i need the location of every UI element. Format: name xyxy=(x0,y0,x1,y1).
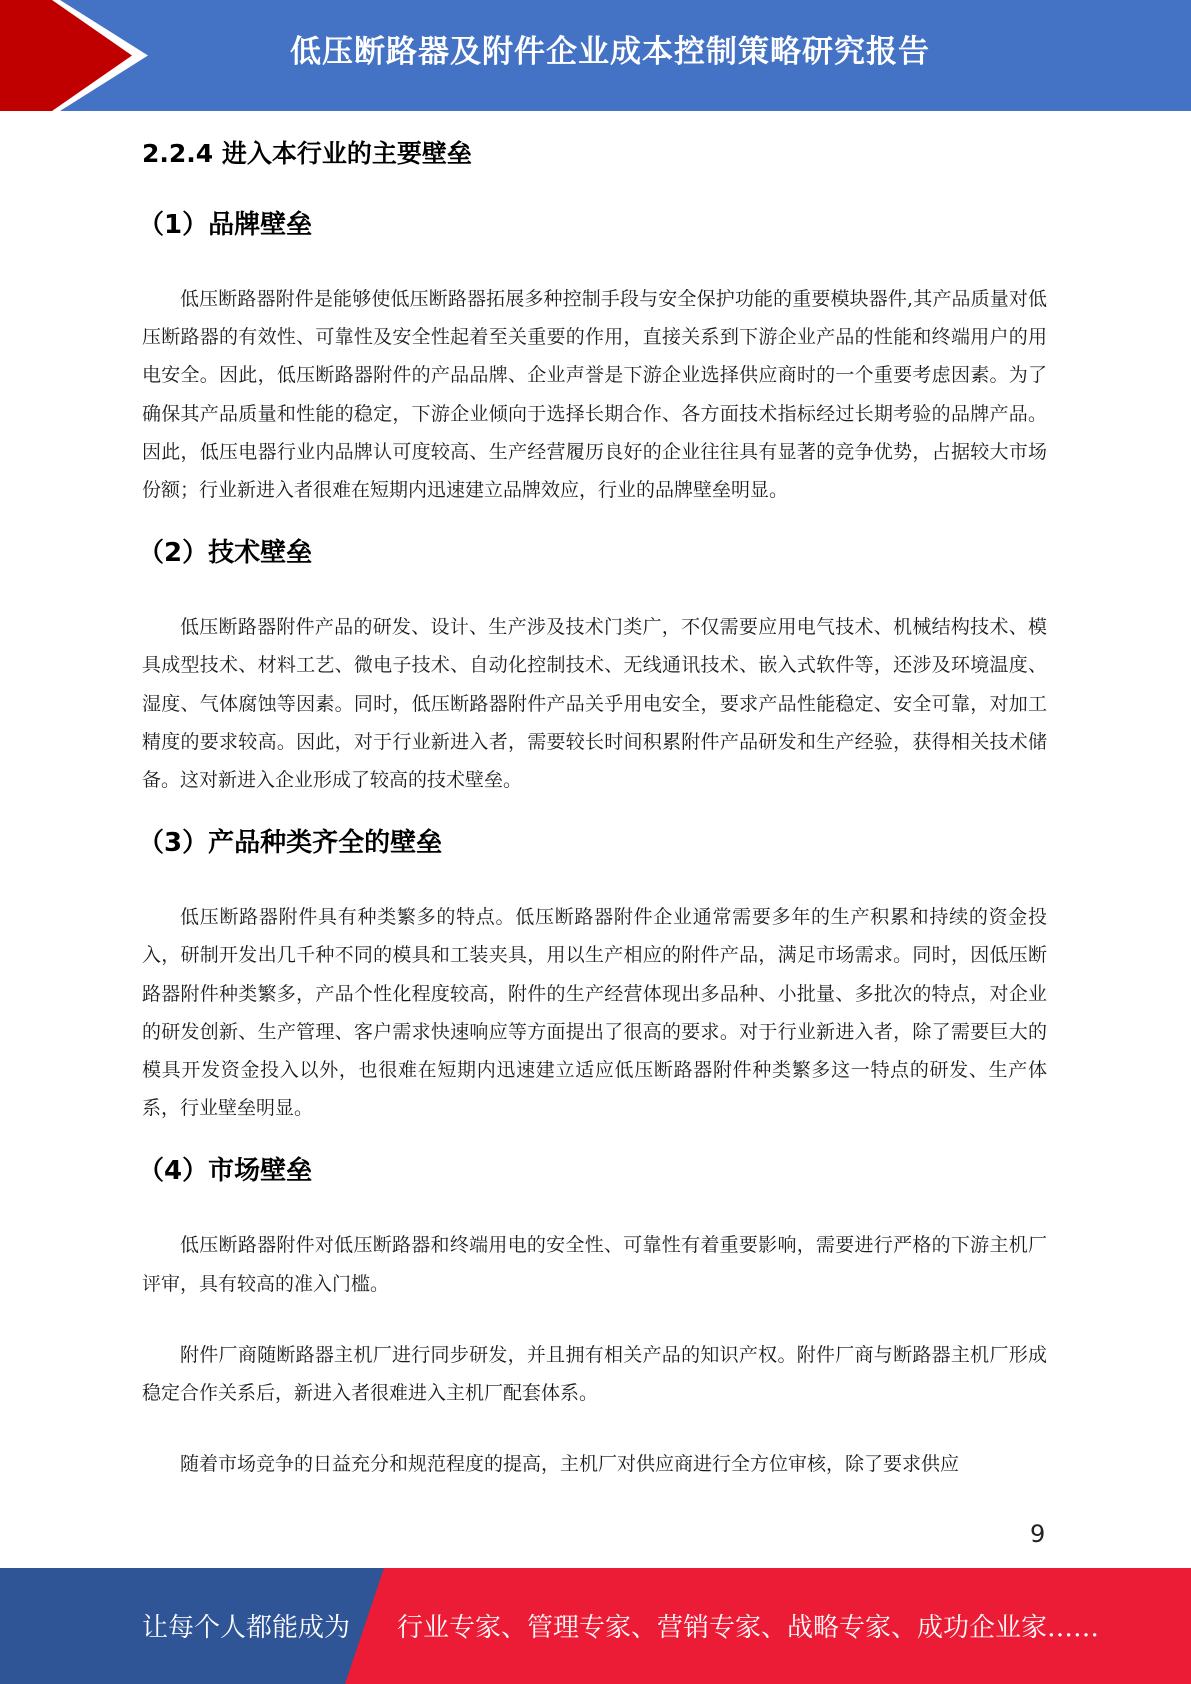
page-header: 低压断路器及附件企业成本控制策略研究报告 xyxy=(0,0,1191,111)
page-number: 9 xyxy=(1030,1520,1045,1548)
red-arrow-decoration xyxy=(0,0,150,111)
subsection-heading-market: （4）市场壁垒 xyxy=(138,1149,1047,1193)
paragraph-market-barrier-2: 附件厂商随断路器主机厂进行同步研发，并且拥有相关产品的知识产权。附件厂商与断路器… xyxy=(142,1336,1047,1412)
subsection-heading-tech: （2）技术壁垒 xyxy=(138,531,1047,575)
page-footer: 让每个人都能成为 行业专家、管理专家、营销专家、战略专家、成功企业家…… xyxy=(0,1568,1191,1684)
subsection-heading-product-range: （3）产品种类齐全的壁垒 xyxy=(138,821,1047,865)
subsection-heading-brand: （1）品牌壁垒 xyxy=(138,203,1047,247)
paragraph-tech-barrier: 低压断路器附件产品的研发、设计、生产涉及技术门类广，不仅需要应用电气技术、机械结… xyxy=(142,608,1047,799)
paragraph-market-barrier-1: 低压断路器附件对低压断路器和终端用电的安全性、可靠性有着重要影响，需要进行严格的… xyxy=(142,1226,1047,1302)
paragraph-product-range-barrier: 低压断路器附件具有种类繁多的特点。低压断路器附件企业通常需要多年的生产积累和持续… xyxy=(142,898,1047,1127)
footer-slogan-right: 行业专家、管理专家、营销专家、战略专家、成功企业家…… xyxy=(397,1607,1099,1644)
document-body: 2.2.4 进入本行业的主要壁垒 （1）品牌壁垒 低压断路器附件是能够使低压断路… xyxy=(142,120,1047,1483)
paragraph-brand-barrier: 低压断路器附件是能够使低压断路器拓展多种控制手段与安全保护功能的重要模块器件,其… xyxy=(142,280,1047,509)
paragraph-market-barrier-3: 随着市场竞争的日益充分和规范程度的提高，主机厂对供应商进行全方位审核，除了要求供… xyxy=(142,1445,1047,1483)
footer-slogan-left: 让每个人都能成为 xyxy=(142,1607,350,1644)
report-title: 低压断路器及附件企业成本控制策略研究报告 xyxy=(290,26,930,71)
section-heading: 2.2.4 进入本行业的主要壁垒 xyxy=(142,134,1047,174)
